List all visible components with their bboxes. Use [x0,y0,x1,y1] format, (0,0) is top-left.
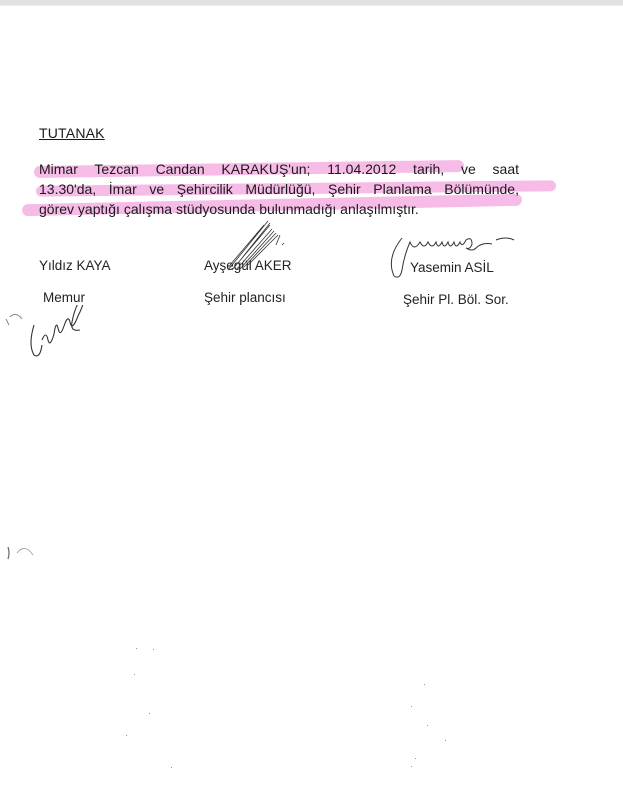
scan-speck [153,649,154,650]
signature-icon [210,215,300,275]
body-line: Mimar Tezcan Candan KARAKUŞ'un; 11.04.20… [39,159,519,179]
signature-icon [4,305,104,360]
margin-mark-icon [5,543,35,563]
signature-icon [388,232,528,282]
signatory-name-1: Yıldız KAYA [39,258,111,273]
scan-speck [411,766,412,767]
scan-speck [411,706,412,707]
scan-speck [126,735,127,736]
document-body: Mimar Tezcan Candan KARAKUŞ'un; 11.04.20… [39,159,519,219]
scan-speck [415,758,416,759]
scan-speck [149,713,150,714]
scan-speck [171,767,172,768]
signatory-role-2: Şehir plancısı [204,290,286,305]
signatory-role-1: Memur [43,290,85,305]
scan-speck [134,674,135,675]
viewer-top-bar [0,0,623,6]
scan-speck [445,740,446,741]
body-line: 13.30'da, İmar ve Şehircilik Müdürlüğü, … [39,179,519,199]
document-title: TUTANAK [39,125,105,141]
scan-speck [424,684,425,685]
scan-speck [427,725,428,726]
signatory-role-3: Şehir Pl. Böl. Sor. [403,292,509,307]
scan-speck [136,648,137,649]
